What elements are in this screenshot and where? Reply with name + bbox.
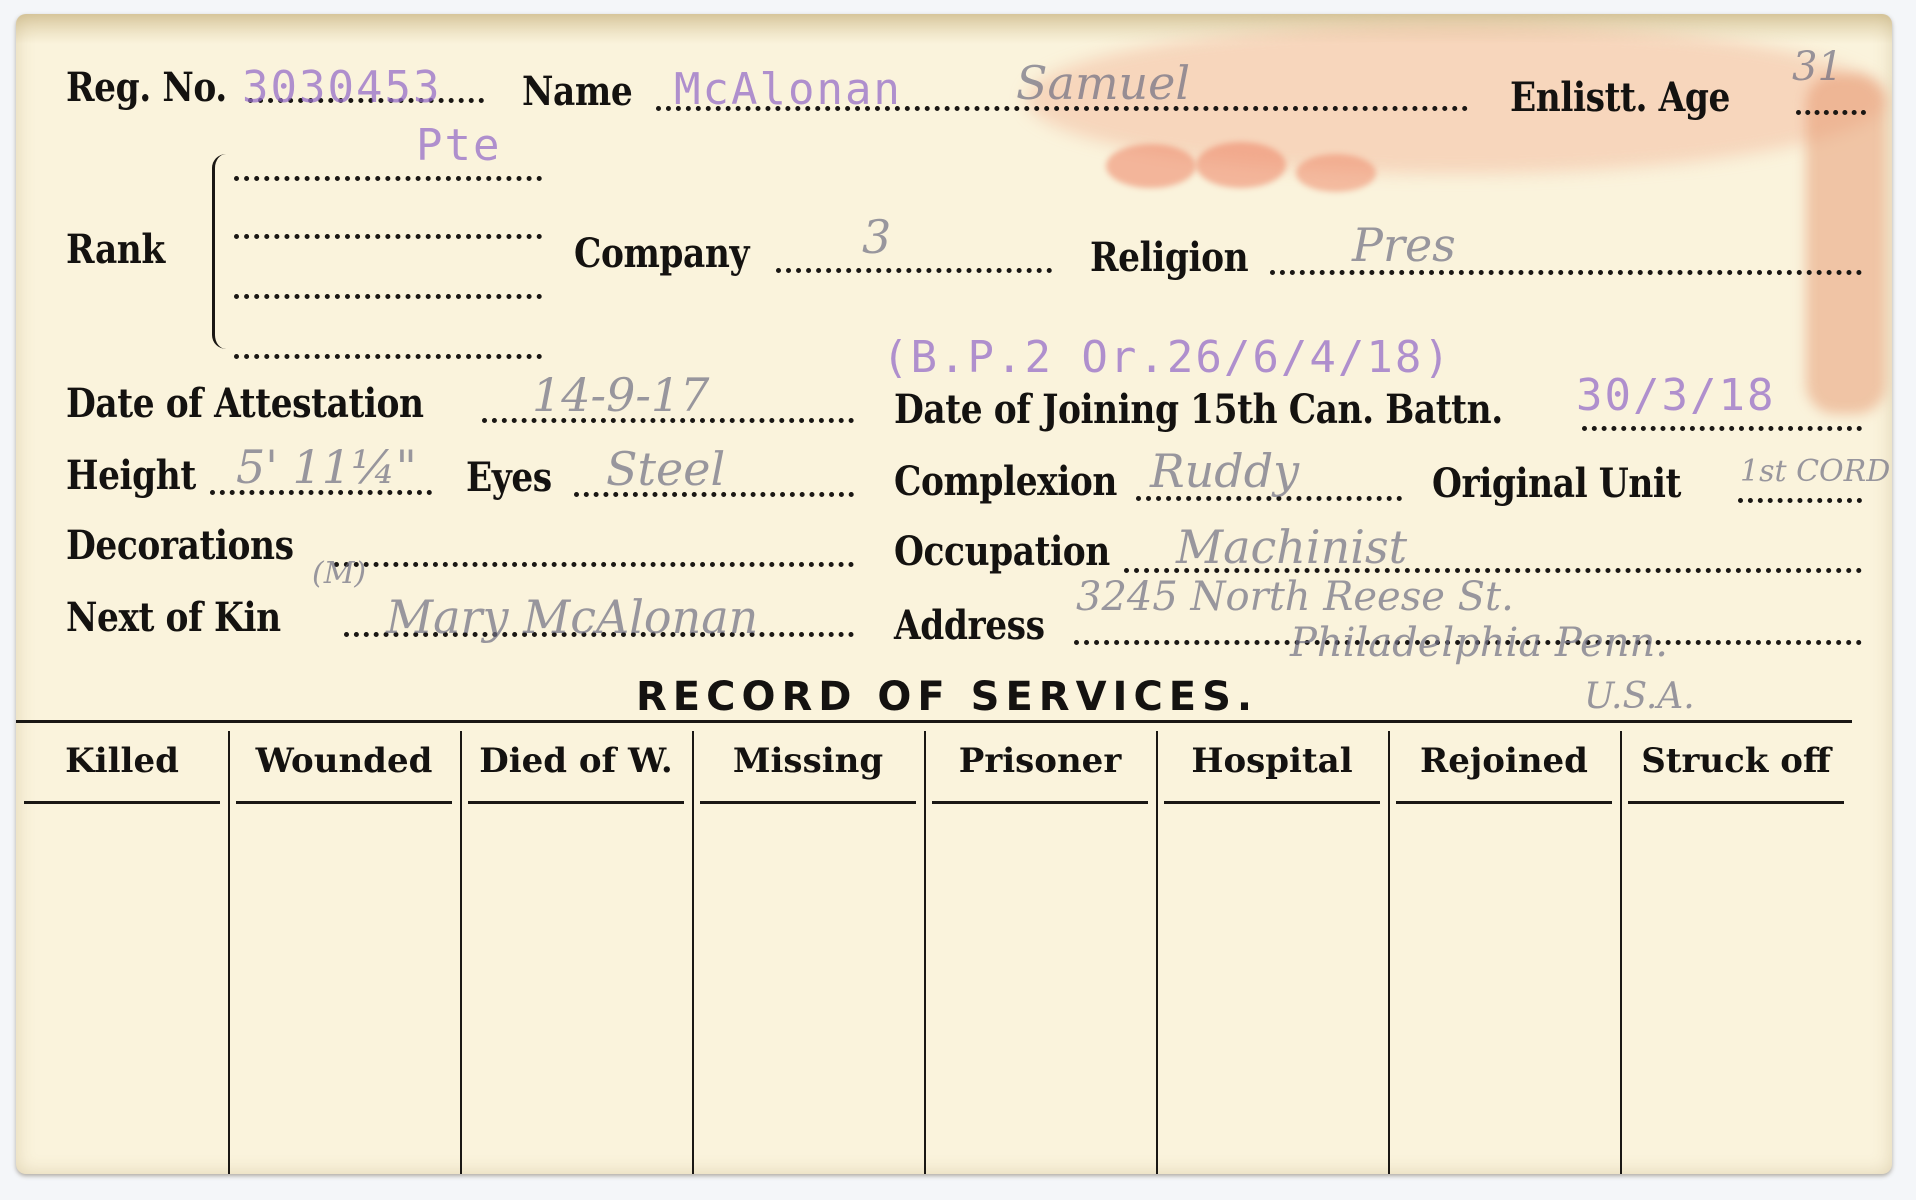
column-divider <box>460 731 462 1174</box>
header-rule <box>468 801 684 804</box>
decorations-line <box>334 562 854 567</box>
header-rule <box>700 801 916 804</box>
name-surname: McAlonan <box>674 64 902 115</box>
name-label: Name <box>522 68 632 115</box>
column-divider <box>692 731 694 1174</box>
header-rule <box>24 801 220 804</box>
column-header: Missing <box>702 741 914 781</box>
water-stain <box>1806 74 1886 414</box>
water-stain <box>1196 142 1286 188</box>
record-of-services-title: RECORD OF SERVICES. <box>636 674 1258 720</box>
date-attestation-label: Date of Attestation <box>66 380 424 427</box>
column-divider <box>1620 731 1622 1174</box>
occupation-label: Occupation <box>894 528 1110 575</box>
next-of-kin-relation: (M) <box>312 556 366 591</box>
column-struck-off: Struck off <box>1620 723 1852 1174</box>
column-divider <box>228 731 230 1174</box>
original-unit-label: Original Unit <box>1432 460 1681 507</box>
header-rule <box>1396 801 1612 804</box>
decorations-label: Decorations <box>66 522 294 569</box>
enlist-age-line <box>1796 110 1866 115</box>
religion-label: Religion <box>1090 234 1248 281</box>
address-label: Address <box>894 602 1045 649</box>
eyes-label: Eyes <box>466 454 552 501</box>
date-joining-line <box>1582 426 1862 431</box>
enlist-age-value: 31 <box>1792 44 1843 90</box>
complexion-label: Complexion <box>894 458 1117 505</box>
occupation-value: Machinist <box>1176 520 1407 574</box>
company-label: Company <box>574 230 749 277</box>
religion-value: Pres <box>1352 218 1456 272</box>
column-died-of-wounds: Died of W. <box>460 723 692 1174</box>
rank-line-3 <box>234 294 542 299</box>
service-record-card: Reg. No. 3030453 Name McAlonan Samuel En… <box>16 14 1892 1174</box>
complexion-value: Ruddy <box>1150 444 1299 498</box>
rank-line-2 <box>234 234 542 239</box>
address-line3: U.S.A. <box>1584 676 1695 717</box>
column-divider <box>1388 731 1390 1174</box>
edge-stain <box>16 14 1892 44</box>
next-of-kin-label: Next of Kin <box>66 594 281 641</box>
column-header: Killed <box>26 741 218 781</box>
column-header: Died of W. <box>470 741 682 781</box>
date-joining-label: Date of Joining 15th Can. Battn. <box>894 386 1503 433</box>
column-header: Prisoner <box>934 741 1146 781</box>
column-header: Wounded <box>238 741 450 781</box>
original-unit-value: 1st CORD <box>1740 454 1890 489</box>
column-wounded: Wounded <box>228 723 460 1174</box>
column-header: Struck off <box>1630 741 1842 781</box>
column-prisoner: Prisoner <box>924 723 1156 1174</box>
height-label: Height <box>66 452 196 499</box>
column-divider <box>1156 731 1158 1174</box>
rank-label: Rank <box>66 226 165 273</box>
column-hospital: Hospital <box>1156 723 1388 1174</box>
address-line1: 3245 North Reese St. <box>1076 574 1514 620</box>
name-given: Samuel <box>1016 56 1190 110</box>
original-unit-line <box>1738 498 1862 503</box>
date-joining-value: 30/3/18 <box>1576 370 1775 421</box>
water-stain <box>1296 154 1376 192</box>
column-header: Hospital <box>1166 741 1378 781</box>
reg-no-label: Reg. No. <box>66 64 227 111</box>
stamp-note: (B.P.2 Or.26/6/4/18) <box>882 332 1452 383</box>
header-rule <box>932 801 1148 804</box>
height-value: 5' 11¼" <box>236 440 417 494</box>
company-value: 3 <box>862 210 891 264</box>
enlist-age-label: Enlistt. Age <box>1510 74 1730 121</box>
header-rule <box>236 801 452 804</box>
column-killed: Killed <box>16 723 228 1174</box>
column-rejoined: Rejoined <box>1388 723 1620 1174</box>
record-of-services-table: Killed Wounded Died of W. Missing Prison… <box>16 720 1852 1174</box>
column-missing: Missing <box>692 723 924 1174</box>
rank-line-1 <box>234 176 542 181</box>
next-of-kin-value: Mary McAlonan <box>386 590 758 644</box>
date-attestation-value: 14-9-17 <box>532 368 709 422</box>
water-stain <box>1106 144 1196 188</box>
company-line <box>776 268 1052 273</box>
column-header: Rejoined <box>1398 741 1610 781</box>
reg-no-value: 3030453 <box>242 62 441 113</box>
header-rule <box>1164 801 1380 804</box>
rank-line-4 <box>234 354 542 359</box>
rank-brace <box>212 154 233 349</box>
eyes-value: Steel <box>606 442 725 496</box>
header-rule <box>1628 801 1844 804</box>
rank-value: Pte <box>416 120 501 171</box>
column-divider <box>924 731 926 1174</box>
address-line2: Philadelphia Penn. <box>1290 620 1668 666</box>
